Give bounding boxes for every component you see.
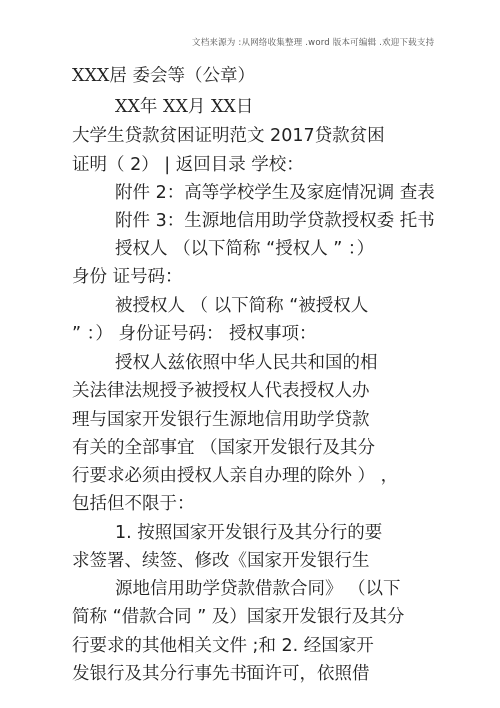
item-2-line-2: 发银行及其分行事先书面许可，依照借: [72, 662, 370, 686]
id-number-line: 身份 证号码：: [72, 265, 183, 289]
body-line-2: 关法律法规授予被授权人代表授权人办: [72, 379, 370, 403]
item-1-line-3: 源地信用助学贷款借款合同》 （以下: [115, 577, 401, 601]
attachment-3-line: 附件 3：生源地信用助学贷款授权委 托书: [115, 209, 435, 233]
body-line-1: 授权人兹依照中华人民共和国的相: [115, 351, 378, 375]
date-line: XX年 XX月 XX日: [115, 95, 253, 119]
body-line-6: 包括但不限于：: [72, 492, 195, 516]
body-line-4: 有关的全部事宜 （国家开发银行及其分: [72, 436, 375, 460]
grantee-line: 被授权人 （ 以下简称 “被授权人: [115, 294, 368, 318]
seal-line: XXX居 委会等（公章）: [72, 64, 255, 88]
grantor-line: 授权人 （以下简称 “授权人 ” ：）: [115, 237, 374, 261]
item-1-line-4: 简称 “借款合同 ” 及）国家开发银行及其分: [72, 605, 404, 629]
item-1-line-1: 1. 按照国家开发银行及其分行的要: [115, 521, 382, 545]
title-line-2: 证明（ 2） | 返回目录 学校：: [72, 153, 304, 177]
item-1-line-2: 求签署、续签、修改《国家开发银行生: [72, 549, 370, 573]
grantee-id-line: ” ：） 身份证号码： 授权事项：: [72, 322, 317, 346]
attachment-2-line: 附件 2：高等学校学生及家庭情况调 查表: [115, 181, 435, 205]
body-line-5: 行要求必须由授权人亲自办理的除外 ） ，: [72, 464, 398, 488]
body-line-3: 理与国家开发银行生源地信用助学贷款: [72, 408, 370, 432]
item-2-line-1: 行要求的其他相关文件 ;和 2. 经国家开: [72, 634, 374, 658]
title-line-1: 大学生贷款贫困证明范文 2017贷款贫困: [72, 124, 385, 148]
page-number: 3: [246, 665, 251, 674]
document-page: 文档来源为 :从网络收集整理 .word 版本可编辑 .欢迎下载支持 XXX居 …: [0, 0, 500, 708]
header-note: 文档来源为 :从网络收集整理 .word 版本可编辑 .欢迎下载支持: [192, 36, 434, 48]
